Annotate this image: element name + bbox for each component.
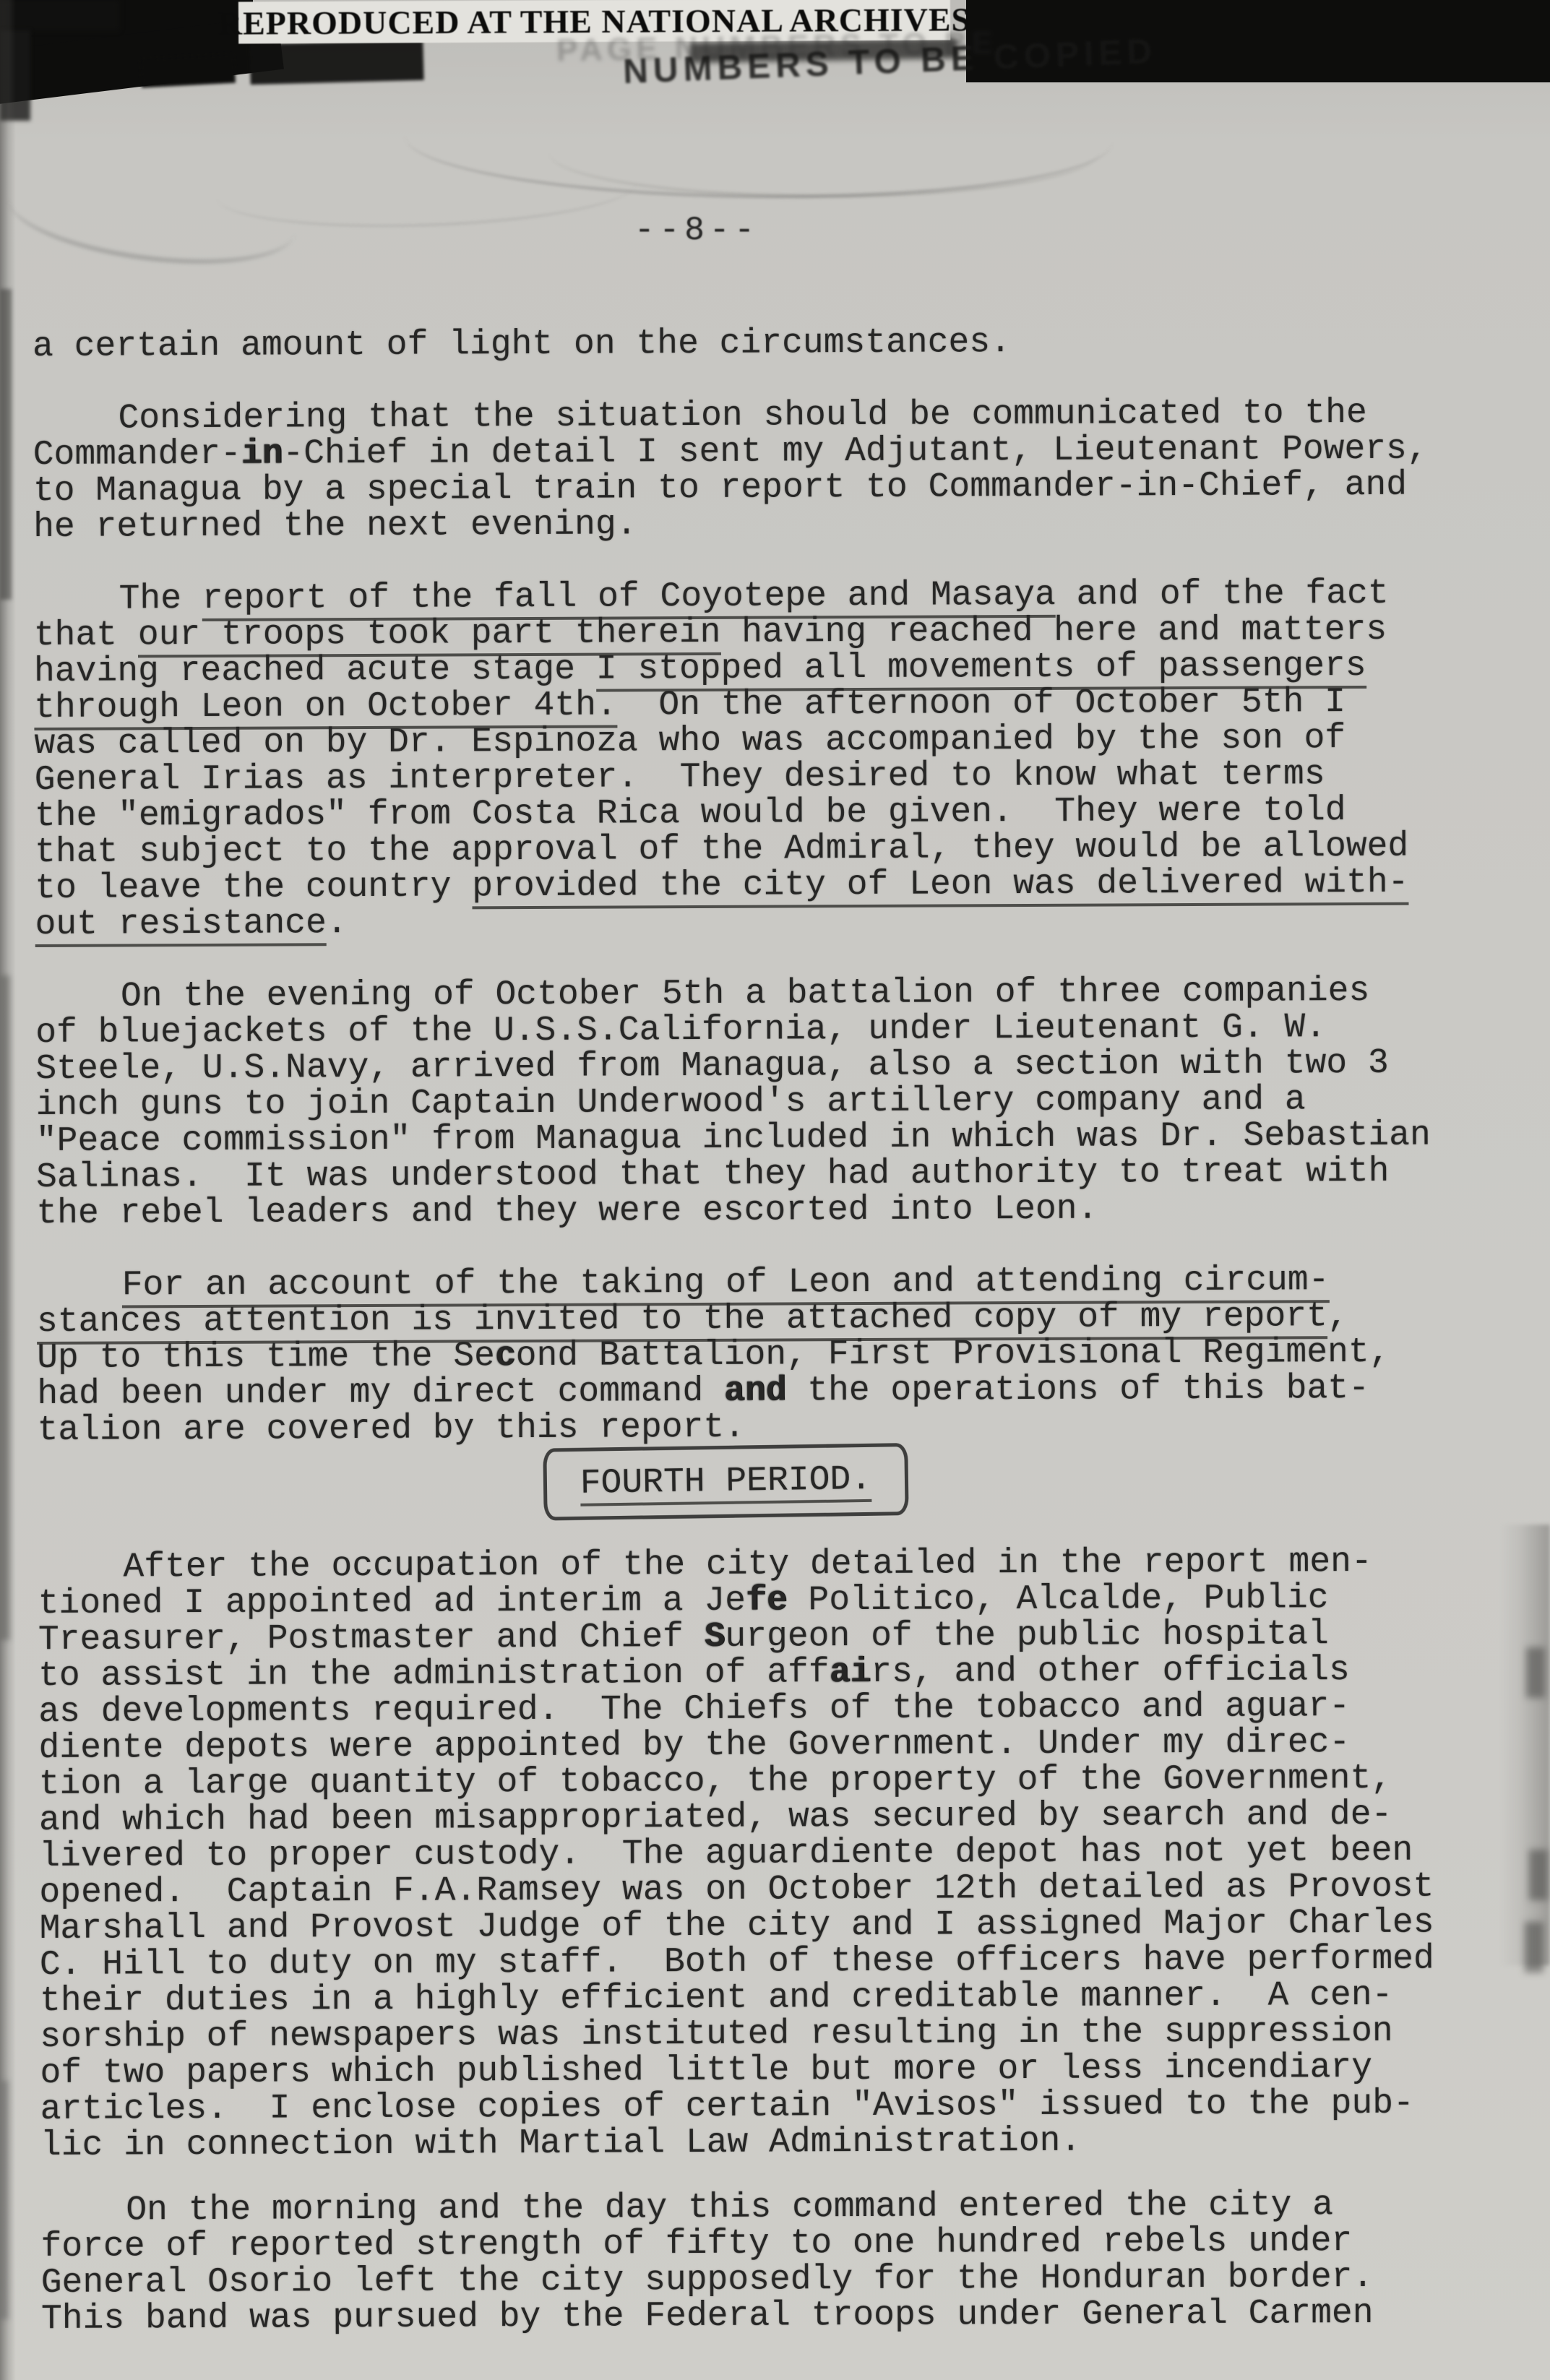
text-segment: fe [746,1581,788,1620]
text-line: to Managua by a special train to report … [33,467,1522,509]
text-line: a certain amount of light on the circums… [33,322,1521,365]
text-segment: out resistance [35,904,327,947]
scanned-document-page: REPRODUCED AT THE NATIONAL ARCHIVES PAGE… [0,0,1550,2380]
paragraph: The report of the fall of Coyotepe and M… [34,575,1524,943]
paragraph: On the morning and the day this command … [40,2186,1530,2337]
scan-ink-smear [249,40,423,85]
text-segment: he returned the next evening. [33,505,637,547]
scan-right-edge-spot [1526,1647,1545,1698]
text-segment: that [34,616,138,655]
text-segment: Treasurer, Postmaster and Chief [38,1618,705,1660]
text-segment: talion are covered by this report. [38,1408,746,1450]
text-segment: having reached acute stage [34,650,596,691]
paper-wrinkle-line [215,148,637,233]
text-segment: This band was pursued by the Federal tro… [41,2294,1374,2339]
text-line: articles. I enclose copies of certain "A… [40,2085,1529,2128]
text-segment: and [724,1371,787,1410]
text-line: the rebel leaders and they were escorted… [36,1189,1525,1232]
text-line: This band was pursued by the Federal tro… [41,2295,1530,2337]
text-segment: . [327,904,348,943]
paragraph: Considering that the situation should be… [33,394,1522,546]
paragraph: On the evening of October 5th a battalio… [35,973,1525,1232]
text-segment: a certain amount of light on the circums… [33,323,1011,366]
text-segment: Commander- [33,435,241,475]
text-segment: , [1327,1297,1348,1336]
text-line: talion are covered by this report. [38,1406,1526,1449]
text-segment: urgeon of the public hospital [725,1615,1329,1657]
text-segment: rs, and other officials [871,1651,1350,1692]
scan-left-edge-blob [0,289,12,600]
text-segment: having reached here and matters [720,611,1387,652]
text-segment: had been under my direct command [37,1372,724,1414]
text-segment: the operations of this bat- [786,1369,1369,1411]
scan-left-edge-blob [0,975,10,1640]
paragraph: a certain amount of light on the circums… [33,322,1521,365]
scan-black-band-tail [0,0,119,30]
scan-left-edge-blob [0,2081,9,2319]
scan-right-edge-spot [1529,1850,1548,1900]
text-segment: Up to this time the Se [37,1337,495,1378]
text-segment: to leave the country [35,867,472,908]
text-segment: Salinas. It was understood that they had… [36,1152,1390,1197]
text-segment: Politico, Alcalde, Public [788,1579,1329,1620]
paragraph: For an account of the taking of Leon and… [37,1262,1526,1449]
text-segment: in [241,434,283,473]
paper-wrinkle-line [549,108,1098,197]
text-segment: S [705,1618,726,1657]
text-segment: c [495,1337,516,1376]
text-segment: lic in connection with Martial Law Admin… [40,2122,1081,2165]
text-segment: the rebel leaders and they were escorted… [36,1190,1098,1233]
text-segment: On the afternoon of October 5th I [617,683,1346,725]
text-segment: ai [830,1653,871,1692]
text-segment: to Managua by a special train to report … [33,466,1407,511]
text-line: to leave the country provided the city o… [35,864,1523,907]
page-number: --8-- [634,212,759,249]
text-line: lic in connection with Martial Law Admin… [40,2121,1529,2164]
text-segment: tioned I appointed ad interim a Je [38,1582,746,1624]
document-body: a certain amount of light on the circums… [33,322,1530,2373]
paper-wrinkle-line [3,152,301,277]
text-line: Salinas. It was understood that they had… [36,1153,1525,1196]
section-heading-box: FOURTH PERIOD. [543,1443,908,1520]
paper-wrinkle-line [404,77,1113,202]
text-line: he returned the next evening. [33,503,1522,546]
section-heading-text: FOURTH PERIOD. [580,1460,871,1504]
text-segment: articles. I enclose copies of certain "A… [40,2084,1414,2129]
text-line: had been under my direct command and the… [37,1370,1525,1413]
text-segment: and of the fact [1056,574,1389,615]
text-segment: provided the city of Leon was delivered … [472,863,1408,910]
text-segment: FOURTH PERIOD. [580,1460,871,1506]
paragraph: After the occupation of the city detaile… [38,1543,1529,2164]
text-segment: The [119,579,202,619]
scan-black-notch [140,54,236,88]
